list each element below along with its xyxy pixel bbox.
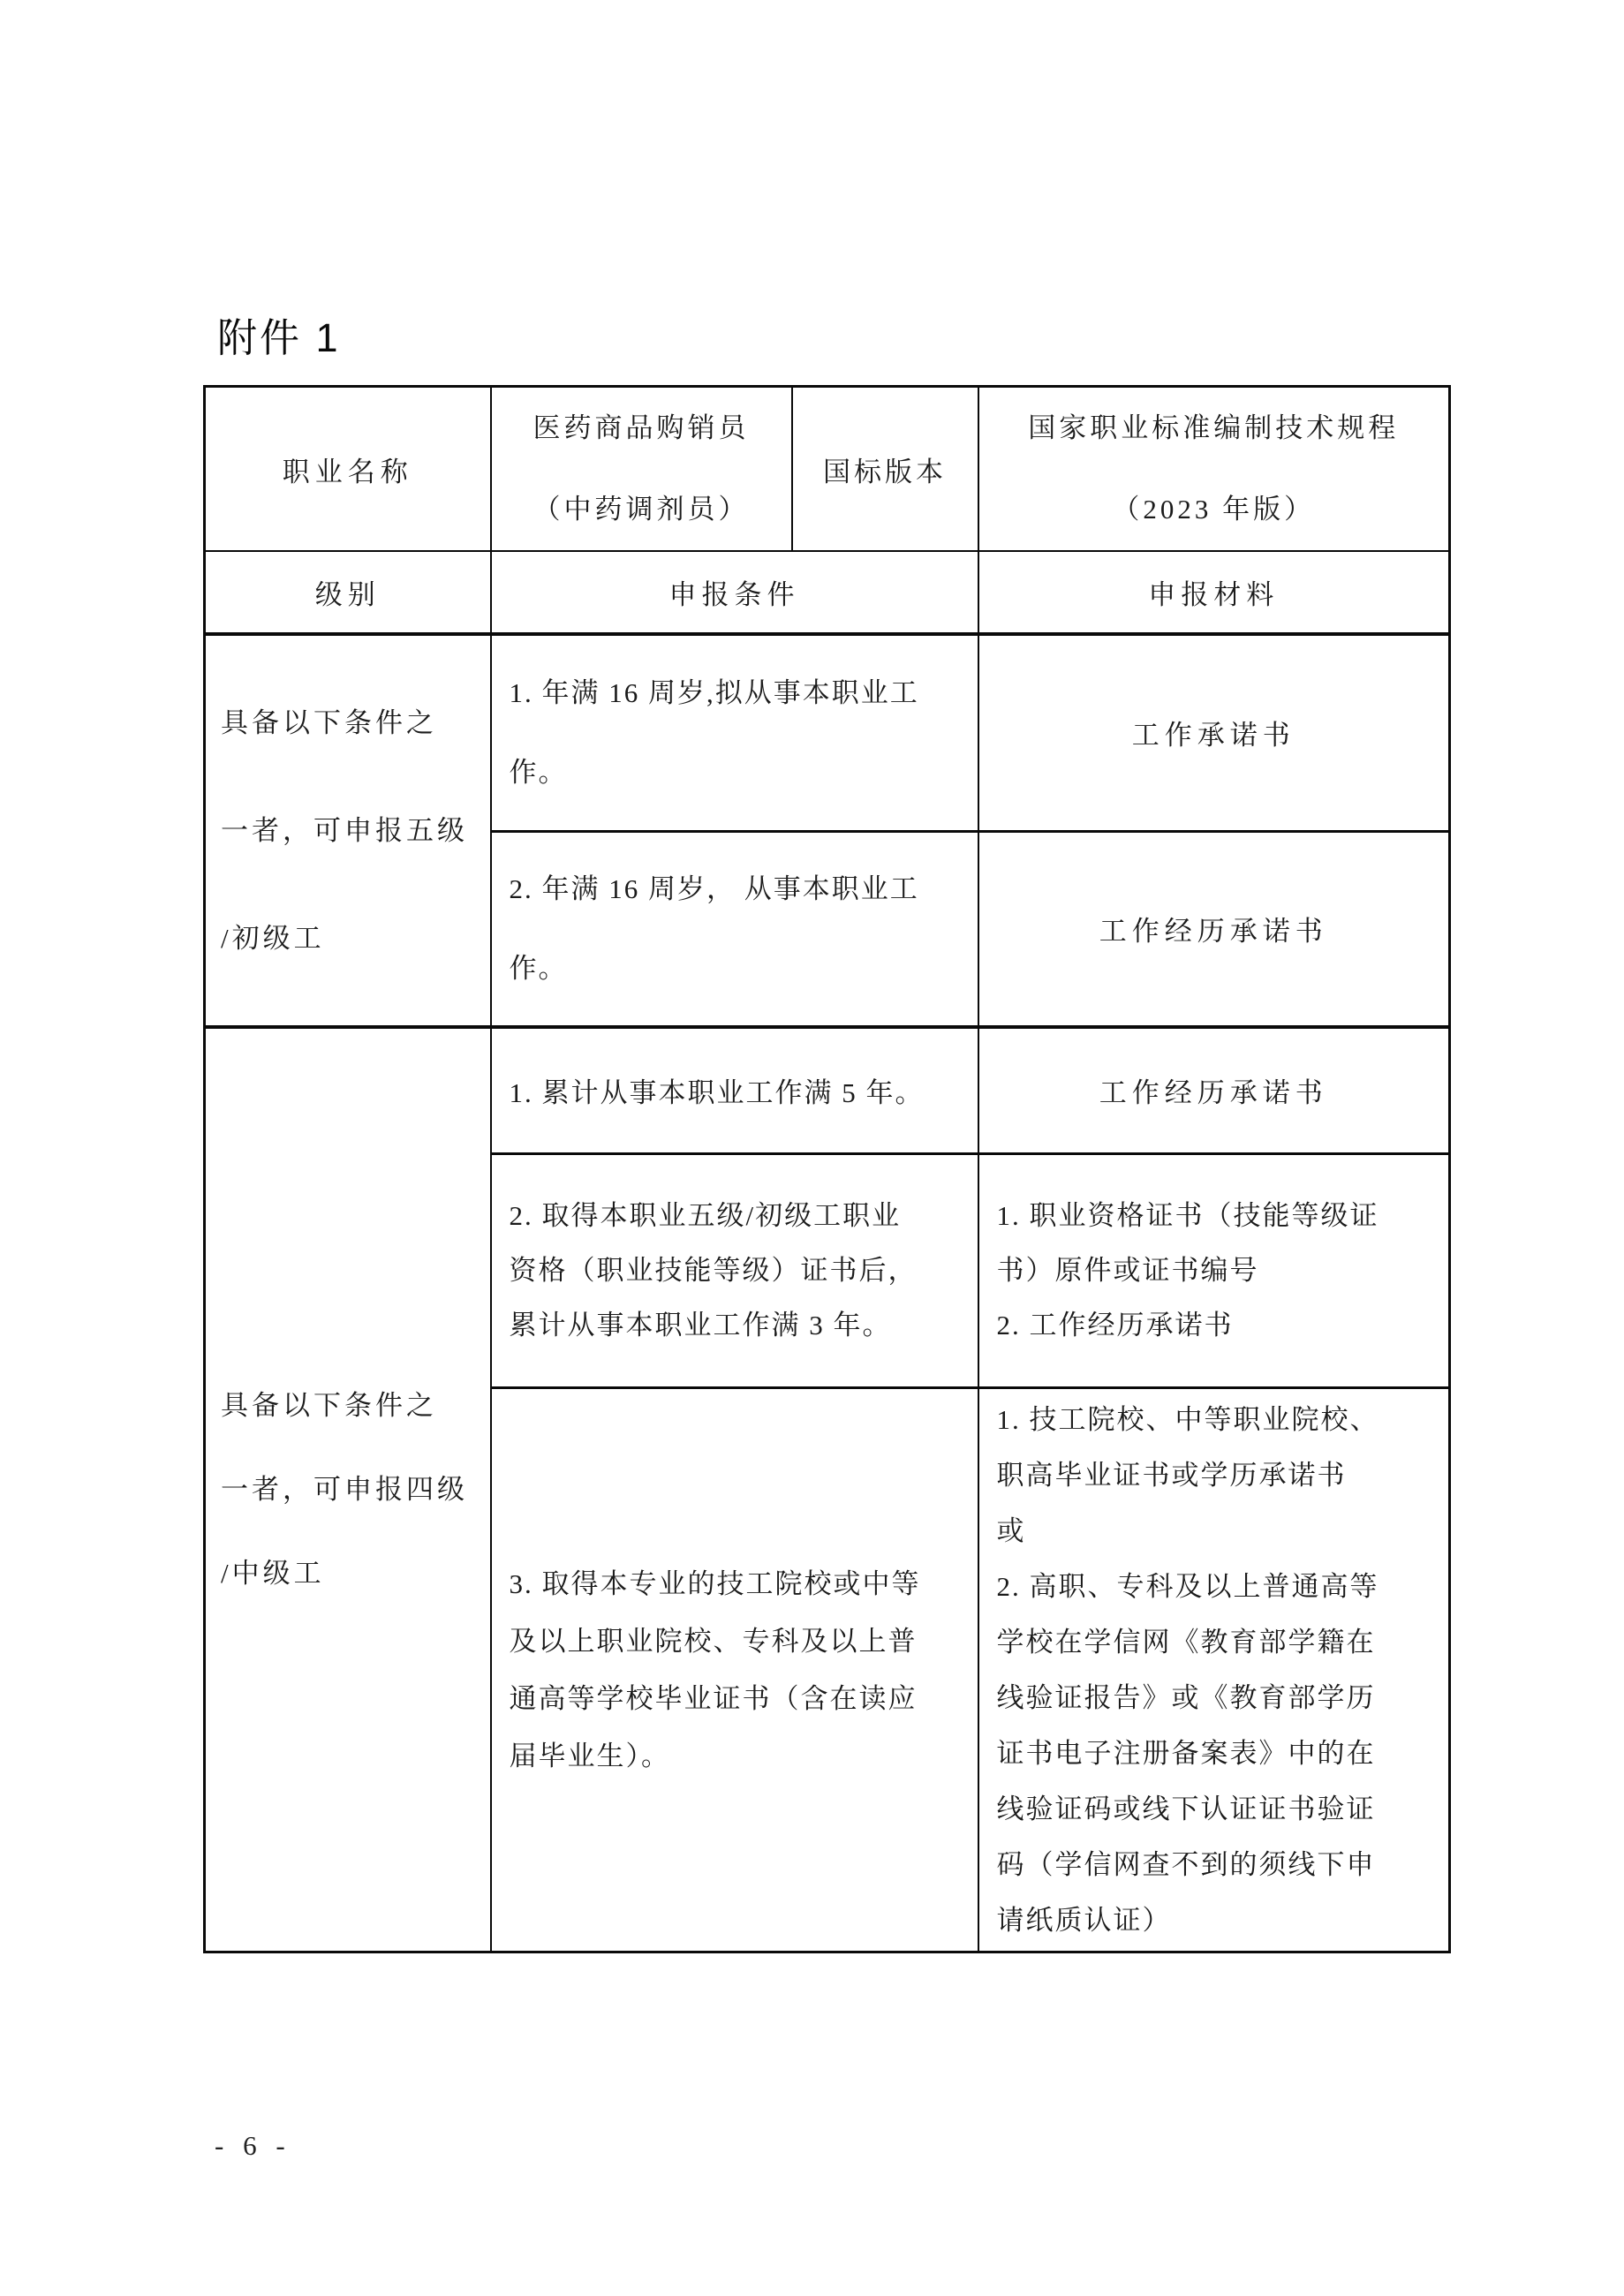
cell-level4-section-label: 具备以下条件之 一者，可申报四级 /中级工 [205, 1027, 491, 1952]
cell-level5-condition-1: 1. 年满 16 周岁,拟从事本职业工 作。 [491, 634, 978, 831]
document-page: 附件 1 职业名称 医药商品购销员 （中药调剂员） 国标版本 国家职业标准编制技… [0, 0, 1624, 2296]
cell-level5-material-1: 工作承诺书 [978, 634, 1450, 831]
cell-level4-material-3: 1. 技工院校、中等职业院校、 职高毕业证书或学历承诺书 或 2. 高职、专科及… [978, 1387, 1450, 1952]
cell-occupation-name-label: 职业名称 [205, 387, 491, 552]
cell-level4-condition-3: 3. 取得本专业的技工院校或中等 及以上职业院校、专科及以上普 通高等学校毕业证… [491, 1387, 978, 1952]
cell-level5-material-2: 工作经历承诺书 [978, 831, 1450, 1027]
cell-standard-version-label: 国标版本 [792, 387, 978, 552]
table-row-level4-condition1: 具备以下条件之 一者，可申报四级 /中级工 1. 累计从事本职业工作满 5 年。… [205, 1027, 1450, 1153]
cell-occupation-name-value: 医药商品购销员 （中药调剂员） [491, 387, 792, 552]
page-number: - 6 - [215, 2130, 291, 2162]
cell-level5-section-label: 具备以下条件之 一者，可申报五级 /初级工 [205, 634, 491, 1027]
cell-conditions-header: 申报条件 [491, 551, 978, 634]
cell-materials-header: 申报材料 [978, 551, 1450, 634]
table-row-occupation: 职业名称 医药商品购销员 （中药调剂员） 国标版本 国家职业标准编制技术规程 （… [205, 387, 1450, 552]
table-row-column-headers: 级别 申报条件 申报材料 [205, 551, 1450, 634]
cell-level4-material-1: 工作经历承诺书 [978, 1027, 1450, 1153]
cell-level-header: 级别 [205, 551, 491, 634]
cell-level5-condition-2: 2. 年满 16 周岁， 从事本职业工 作。 [491, 831, 978, 1027]
application-requirements-table: 职业名称 医药商品购销员 （中药调剂员） 国标版本 国家职业标准编制技术规程 （… [203, 385, 1451, 1953]
attachment-title: 附件 1 [217, 306, 341, 363]
cell-level4-condition-2: 2. 取得本职业五级/初级工职业 资格（职业技能等级）证书后， 累计从事本职业工… [491, 1153, 978, 1387]
cell-level4-material-2: 1. 职业资格证书（技能等级证 书）原件或证书编号 2. 工作经历承诺书 [978, 1153, 1450, 1387]
cell-level4-condition-1: 1. 累计从事本职业工作满 5 年。 [491, 1027, 978, 1153]
table-row-level5-condition1: 具备以下条件之 一者，可申报五级 /初级工 1. 年满 16 周岁,拟从事本职业… [205, 634, 1450, 831]
cell-standard-version-value: 国家职业标准编制技术规程 （2023 年版） [978, 387, 1450, 552]
